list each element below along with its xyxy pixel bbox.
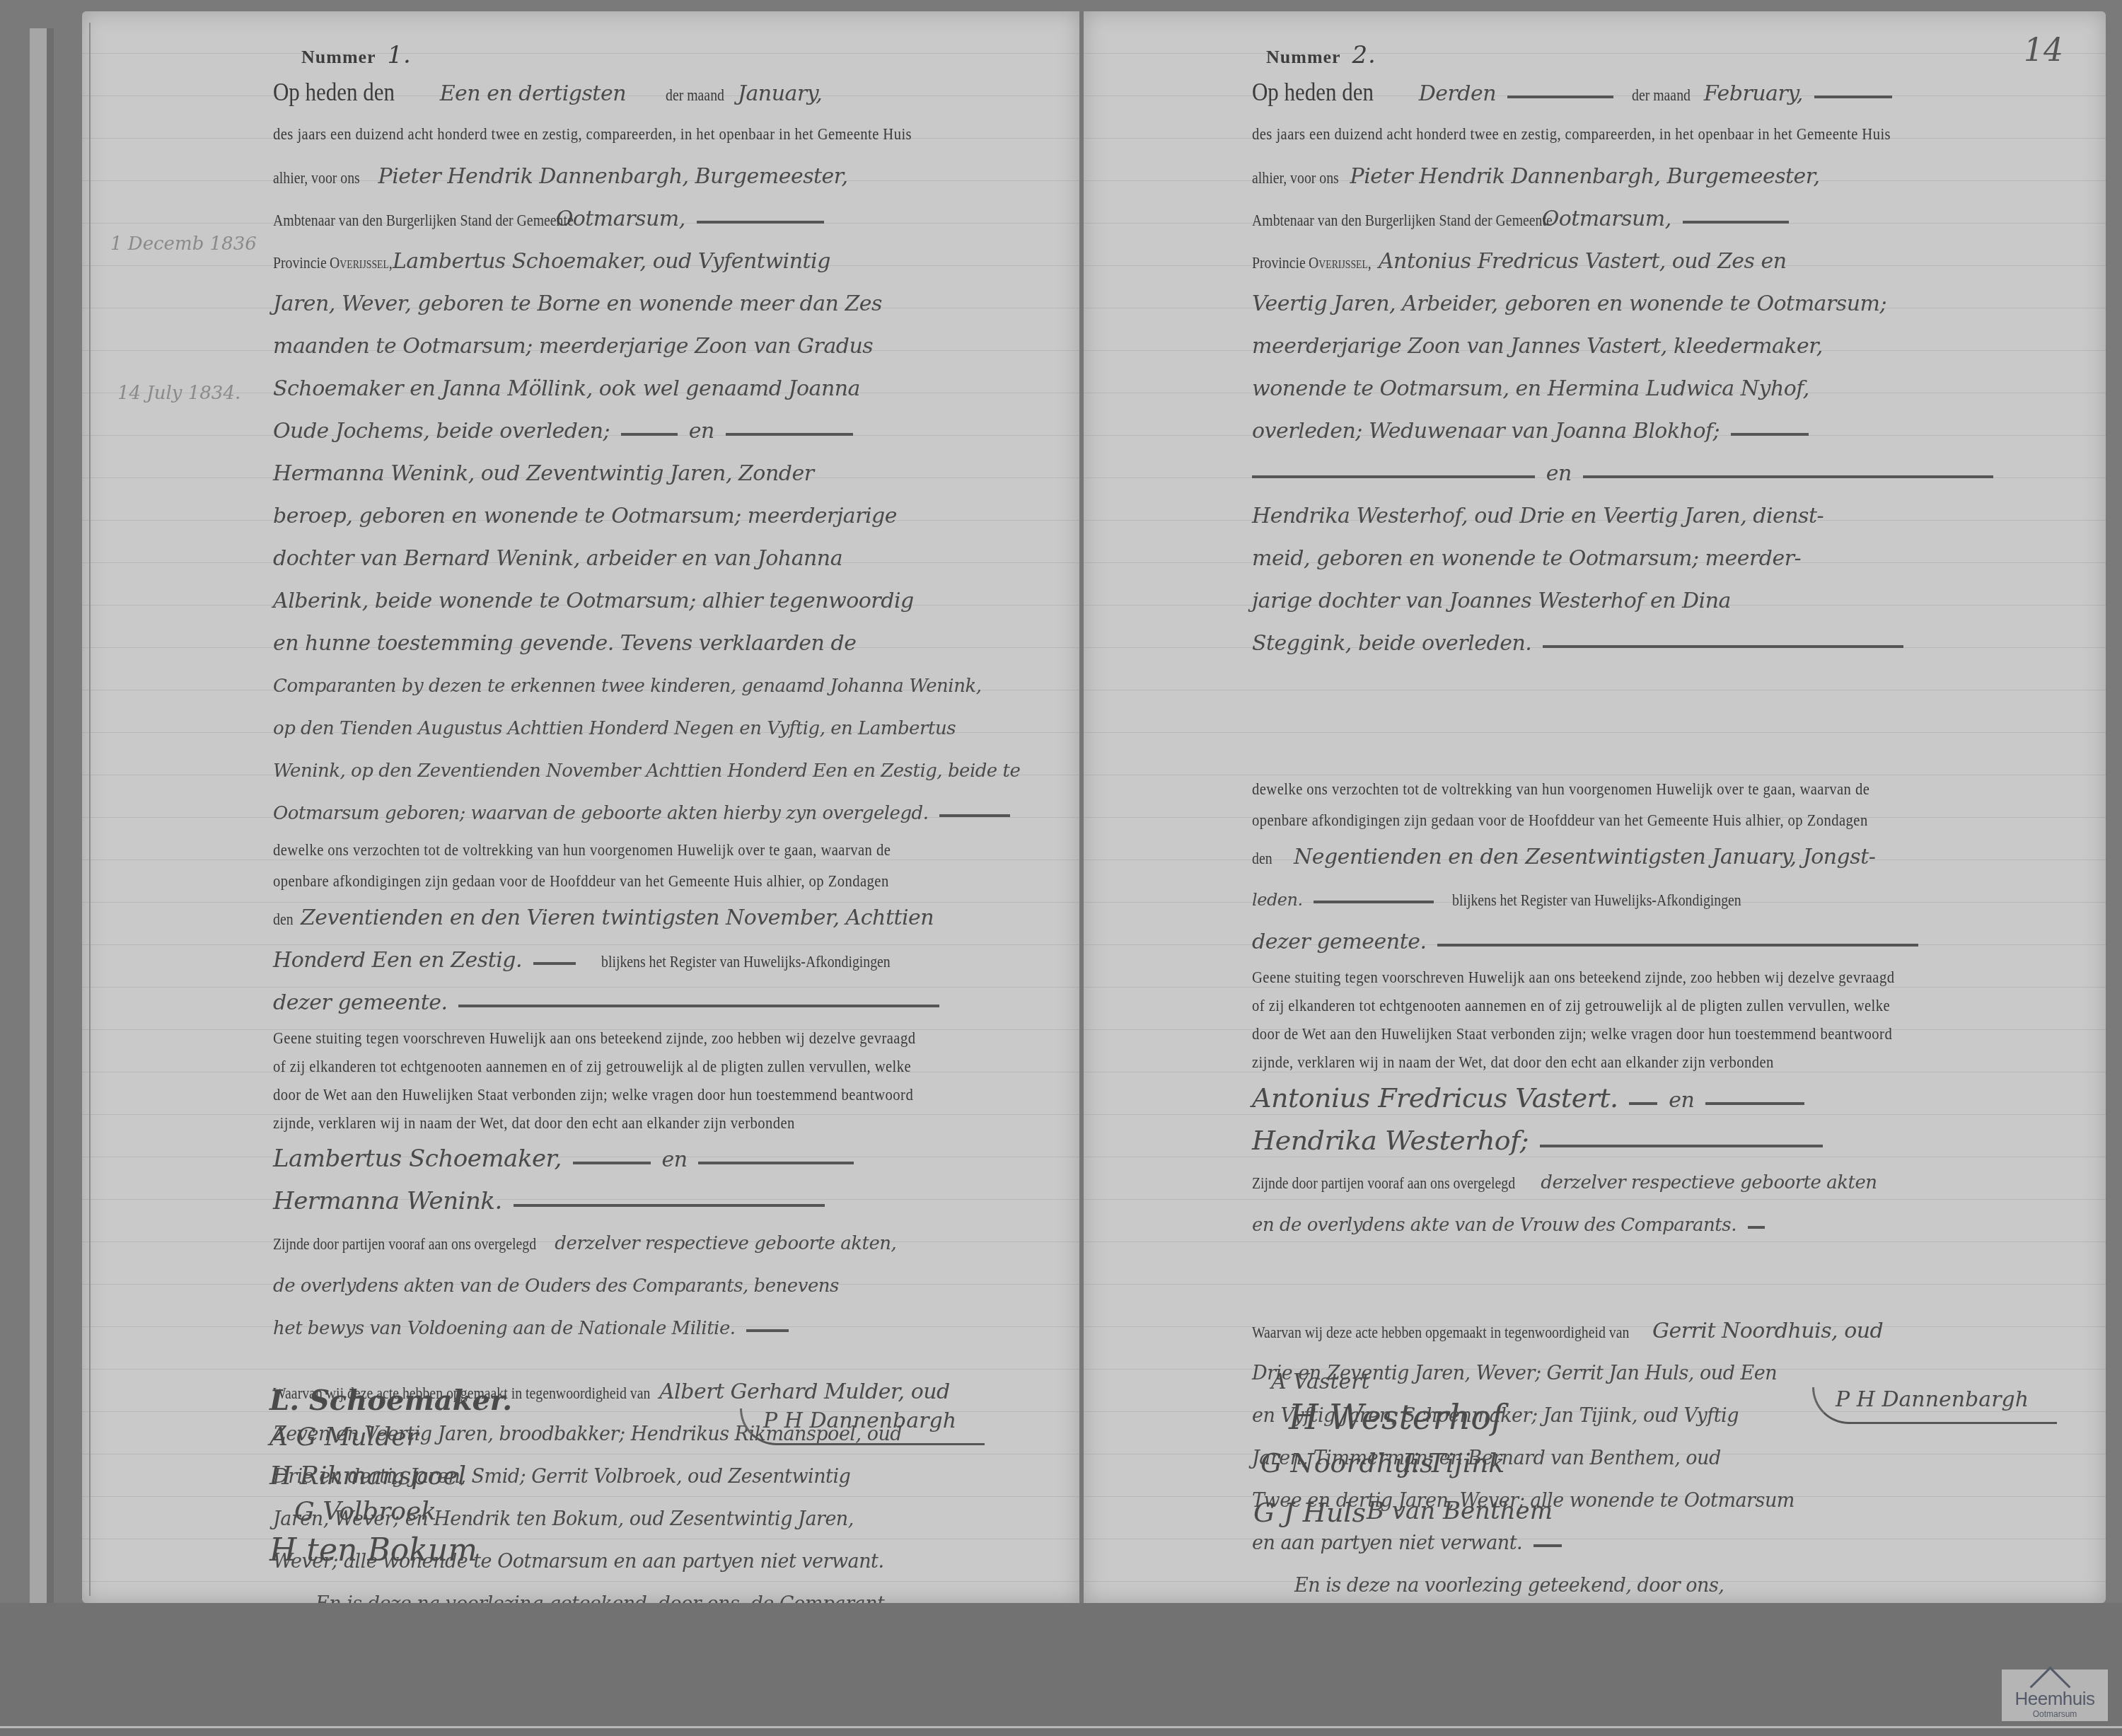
witness-list-start: Albert Gerhard Mulder, oud <box>659 1379 950 1404</box>
signature-witness-3: G Volbroek <box>294 1497 436 1526</box>
signature-mayor: P H Dannenbargh <box>1812 1387 2057 1424</box>
date-line: Op heden den Derden der maand February, <box>1252 71 2087 113</box>
signature-witness-2: H Rikmanspoel <box>269 1462 466 1491</box>
official-name: Pieter Hendrik Dannenbargh, Burgemeester… <box>1350 164 1820 189</box>
spouse-groom-name: Antonius Fredricus Vastert. <box>1252 1082 1618 1113</box>
official-name: Pieter Hendrik Dannenbargh, Burgemeester… <box>378 164 848 189</box>
witness-list-start: Gerrit Noordhuis, oud <box>1652 1319 1883 1343</box>
day-field: Derden <box>1419 81 1496 106</box>
municipality: Ootmarsum, <box>556 207 685 231</box>
scanner-background <box>0 1603 2122 1736</box>
record-number: Nummer 1. <box>301 40 1108 71</box>
month-field: January, <box>738 81 822 106</box>
bride-intro: Hendrika Westerhof, oud Drie en Veertig … <box>1252 495 2087 538</box>
signature-groom: A Vastert <box>1271 1370 1370 1394</box>
record-number-value: 1. <box>387 41 411 69</box>
page-margin-rule <box>89 23 91 1596</box>
proclamation-dates: Zeventienden en den Vieren twintigsten N… <box>301 905 934 930</box>
signature-mayor: P H Dannenbargh <box>740 1408 985 1445</box>
signature-witness-4: B van Benthem <box>1367 1497 1553 1525</box>
groom-intro: Lambertus Schoemaker, oud Vyfentwintig <box>393 249 830 274</box>
heemhuis-watermark-logo: Heemhuis Ootmarsum <box>2002 1670 2108 1721</box>
record-number-value: 2. <box>1352 41 1376 69</box>
month-field: February, <box>1704 81 1803 106</box>
signature-groom: L. Schoemaker. <box>269 1384 512 1417</box>
municipality: Ootmarsum, <box>1542 207 1671 231</box>
register-page-left: 1 Decemb 1836 14 July 1834. Nummer 1. Op… <box>82 11 1079 1603</box>
record-number: Nummer 2. <box>1266 40 2087 71</box>
signature-bride: H Westerhof <box>1289 1398 1504 1437</box>
proclamation-dates: Negentienden en den Zesentwintigsten Jan… <box>1294 845 1875 869</box>
groom-intro: Antonius Fredricus Vastert, oud Zes en <box>1379 249 1787 274</box>
signature-witness-2: J. Tijink <box>1402 1447 1504 1479</box>
book-binding-edge <box>30 28 54 1684</box>
signature-witness-1: A G Mulder <box>269 1423 419 1452</box>
spouse-bride-name: Hermanna Wenink. <box>273 1187 502 1215</box>
signature-witness-4: H ten Bokum <box>269 1532 477 1568</box>
day-field: Een en dertigsten <box>440 81 626 106</box>
spouse-bride-name: Hendrika Westerhof; <box>1252 1125 1529 1156</box>
margin-note-bride-birthdate: 14 July 1834. <box>117 383 240 404</box>
bride-intro: Hermanna Wenink, oud Zeventwintig Jaren,… <box>273 453 1108 495</box>
date-line: Op heden den Een en dertigsten der maand… <box>273 71 1108 113</box>
spouse-groom-name: Lambertus Schoemaker, <box>273 1145 562 1173</box>
register-page-right: 14 Nummer 2. Op heden den Derden der maa… <box>1084 11 2106 1603</box>
signature-witness-3: G J Huls <box>1253 1497 1366 1528</box>
margin-note-groom-birthdate: 1 Decemb 1836 <box>110 233 257 255</box>
record-1: Nummer 1. Op heden den Een en dertigsten… <box>273 40 1108 1711</box>
